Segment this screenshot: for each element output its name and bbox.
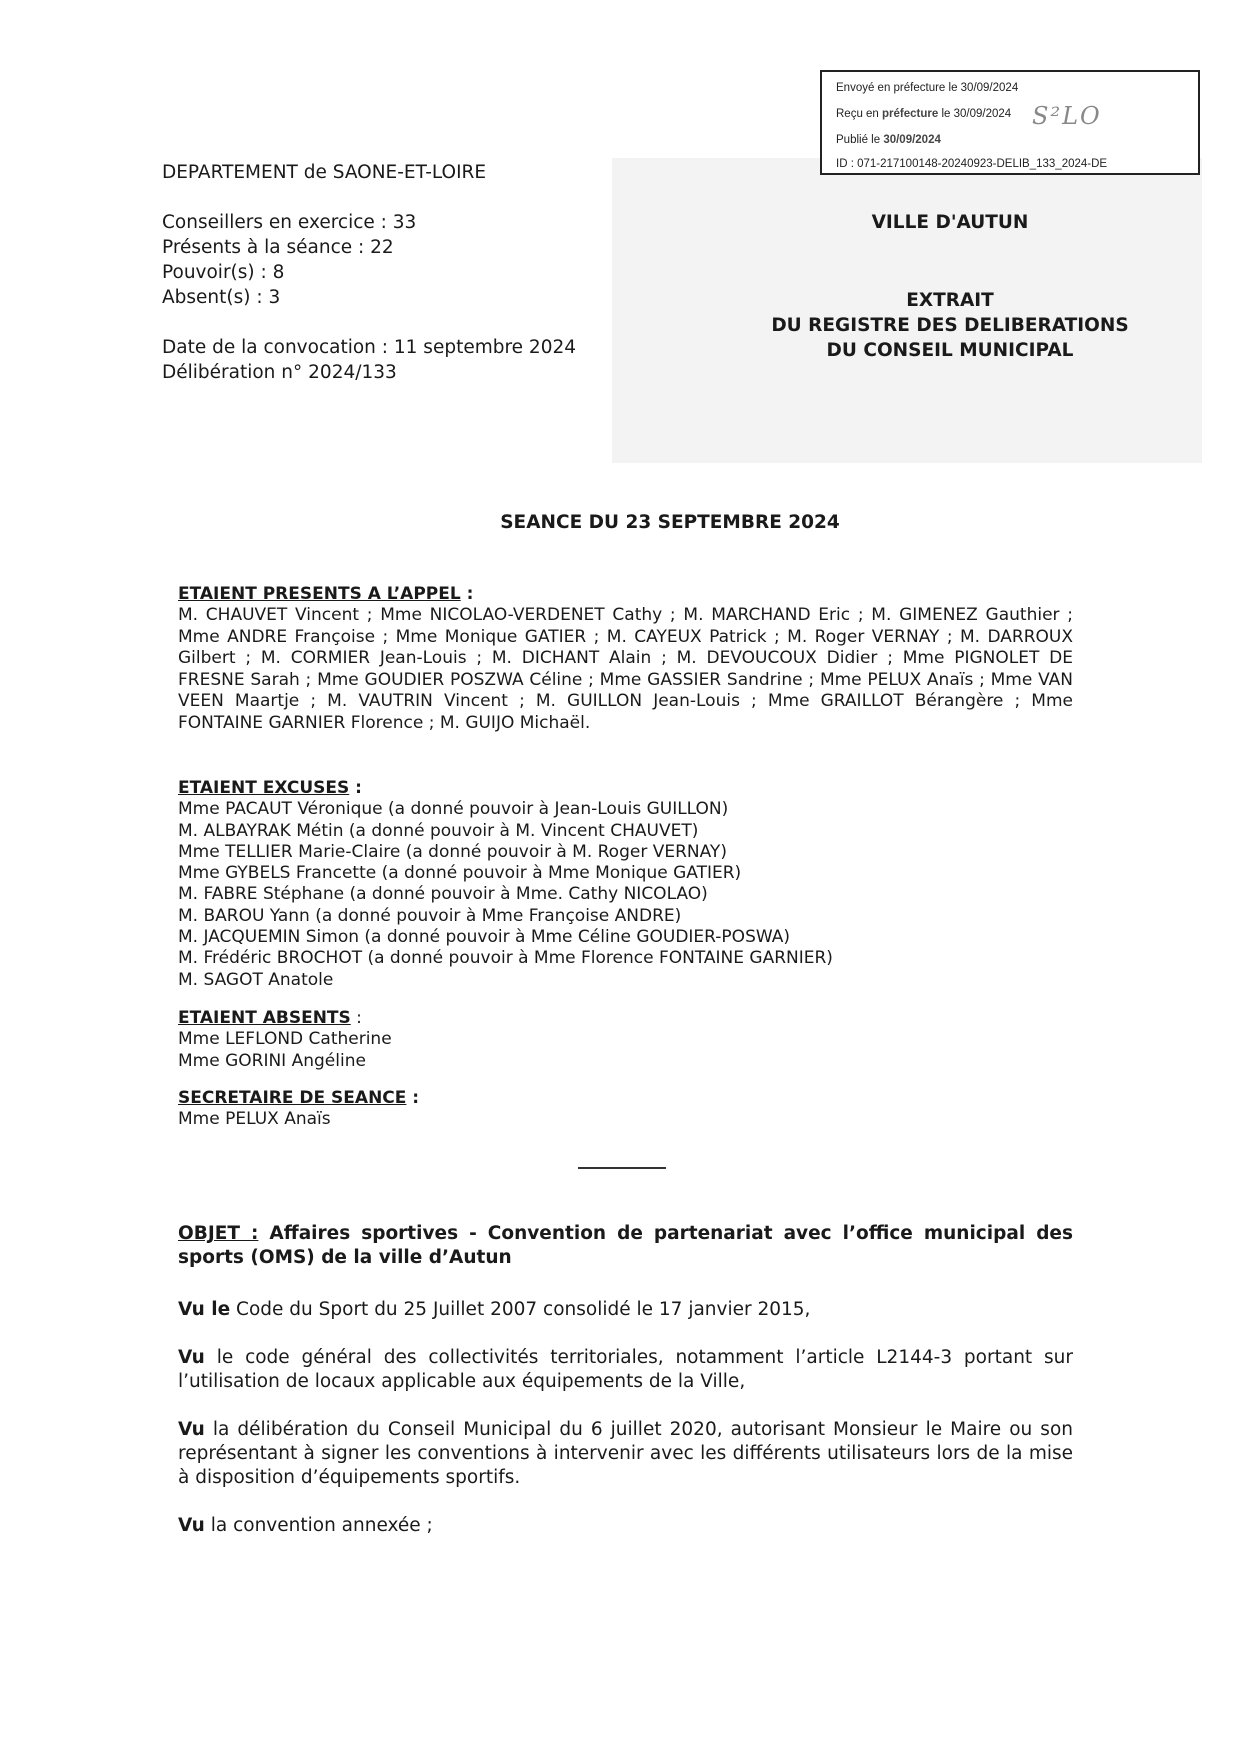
council-stats: Conseillers en exercice : 33 Présents à … [162, 210, 416, 310]
excused-item: Mme GYBELS Francette (a donné pouvoir à … [178, 863, 1078, 884]
extract-title: EXTRAIT DU REGISTRE DES DELIBERATIONS DU… [690, 288, 1210, 363]
stamp-sent: Envoyé en préfecture le 30/09/2024 [836, 82, 1018, 94]
extract-line: DU CONSEIL MUNICIPAL [690, 338, 1210, 363]
excused-item: M. Frédéric BROCHOT (a donné pouvoir à M… [178, 948, 1078, 969]
excused-item: Mme PACAUT Véronique (a donné pouvoir à … [178, 799, 1078, 820]
consideration: Vu le code général des collectivités ter… [178, 1346, 1073, 1394]
secretary-section: SECRETAIRE DE SEANCE : Mme PELUX Anaïs [178, 1088, 419, 1131]
excused-item: M. FABRE Stéphane (a donné pouvoir à Mme… [178, 884, 1078, 905]
secretary-heading: SECRETAIRE DE SEANCE : [178, 1088, 419, 1109]
stat-absent: Absent(s) : 3 [162, 285, 416, 310]
object-title: Affaires sportives - Convention de parte… [178, 1223, 1073, 1268]
convocation-date: Date de la convocation : 11 septembre 20… [162, 335, 576, 360]
absent-item: Mme LEFLOND Catherine [178, 1029, 392, 1050]
stat-present: Présents à la séance : 22 [162, 235, 416, 260]
deliberation-number: Délibération n° 2024/133 [162, 360, 576, 385]
excused-item: Mme TELLIER Marie-Claire (a donné pouvoi… [178, 842, 1078, 863]
extract-line: EXTRAIT [690, 288, 1210, 313]
excused-heading: ETAIENT EXCUSES : [178, 778, 1078, 799]
handwritten-mark: S²LO [1032, 102, 1102, 130]
extract-line: DU REGISTRE DES DELIBERATIONS [690, 313, 1210, 338]
excused-item: M. SAGOT Anatole [178, 970, 1078, 991]
excused-item: M. BAROU Yann (a donné pouvoir à Mme Fra… [178, 906, 1078, 927]
prefecture-stamp: Envoyé en préfecture le 30/09/2024 Reçu … [820, 70, 1200, 175]
stamp-id: ID : 071-217100148-20240923-DELIB_133_20… [836, 158, 1107, 170]
present-heading: ETAIENT PRESENTS A L’APPEL : [178, 584, 1073, 605]
excused-item: M. JACQUEMIN Simon (a donné pouvoir à Mm… [178, 927, 1078, 948]
consideration: Vu la délibération du Conseil Municipal … [178, 1418, 1073, 1490]
excused-section: ETAIENT EXCUSES : Mme PACAUT Véronique (… [178, 778, 1078, 991]
separator-line [578, 1167, 666, 1169]
stamp-published: Publié le 30/09/2024 [836, 134, 941, 146]
convocation-block: Date de la convocation : 11 septembre 20… [162, 335, 576, 385]
secretary-name: Mme PELUX Anaïs [178, 1109, 419, 1130]
stamp-received: Reçu en préfecture le 30/09/2024 [836, 108, 1011, 120]
object-label: OBJET : [178, 1223, 258, 1244]
consideration: Vu le Code du Sport du 25 Juillet 2007 c… [178, 1298, 1073, 1322]
absent-item: Mme GORINI Angéline [178, 1051, 392, 1072]
object-heading: OBJET : Affaires sportives - Convention … [178, 1222, 1073, 1270]
session-title: SEANCE DU 23 SEPTEMBRE 2024 [400, 512, 940, 533]
absent-section: ETAIENT ABSENTS : Mme LEFLOND Catherine … [178, 1008, 392, 1072]
absent-heading: ETAIENT ABSENTS : [178, 1008, 392, 1029]
stat-proxies: Pouvoir(s) : 8 [162, 260, 416, 285]
present-list: M. CHAUVET Vincent ; Mme NICOLAO-VERDENE… [178, 605, 1073, 734]
stat-councillors: Conseillers en exercice : 33 [162, 210, 416, 235]
consideration: Vu la convention annexée ; [178, 1514, 1073, 1538]
department: DEPARTEMENT de SAONE-ET-LOIRE [162, 160, 486, 185]
present-section: ETAIENT PRESENTS A L’APPEL : M. CHAUVET … [178, 584, 1073, 734]
city-name: VILLE D'AUTUN [740, 212, 1160, 233]
excused-item: M. ALBAYRAK Métin (a donné pouvoir à M. … [178, 821, 1078, 842]
